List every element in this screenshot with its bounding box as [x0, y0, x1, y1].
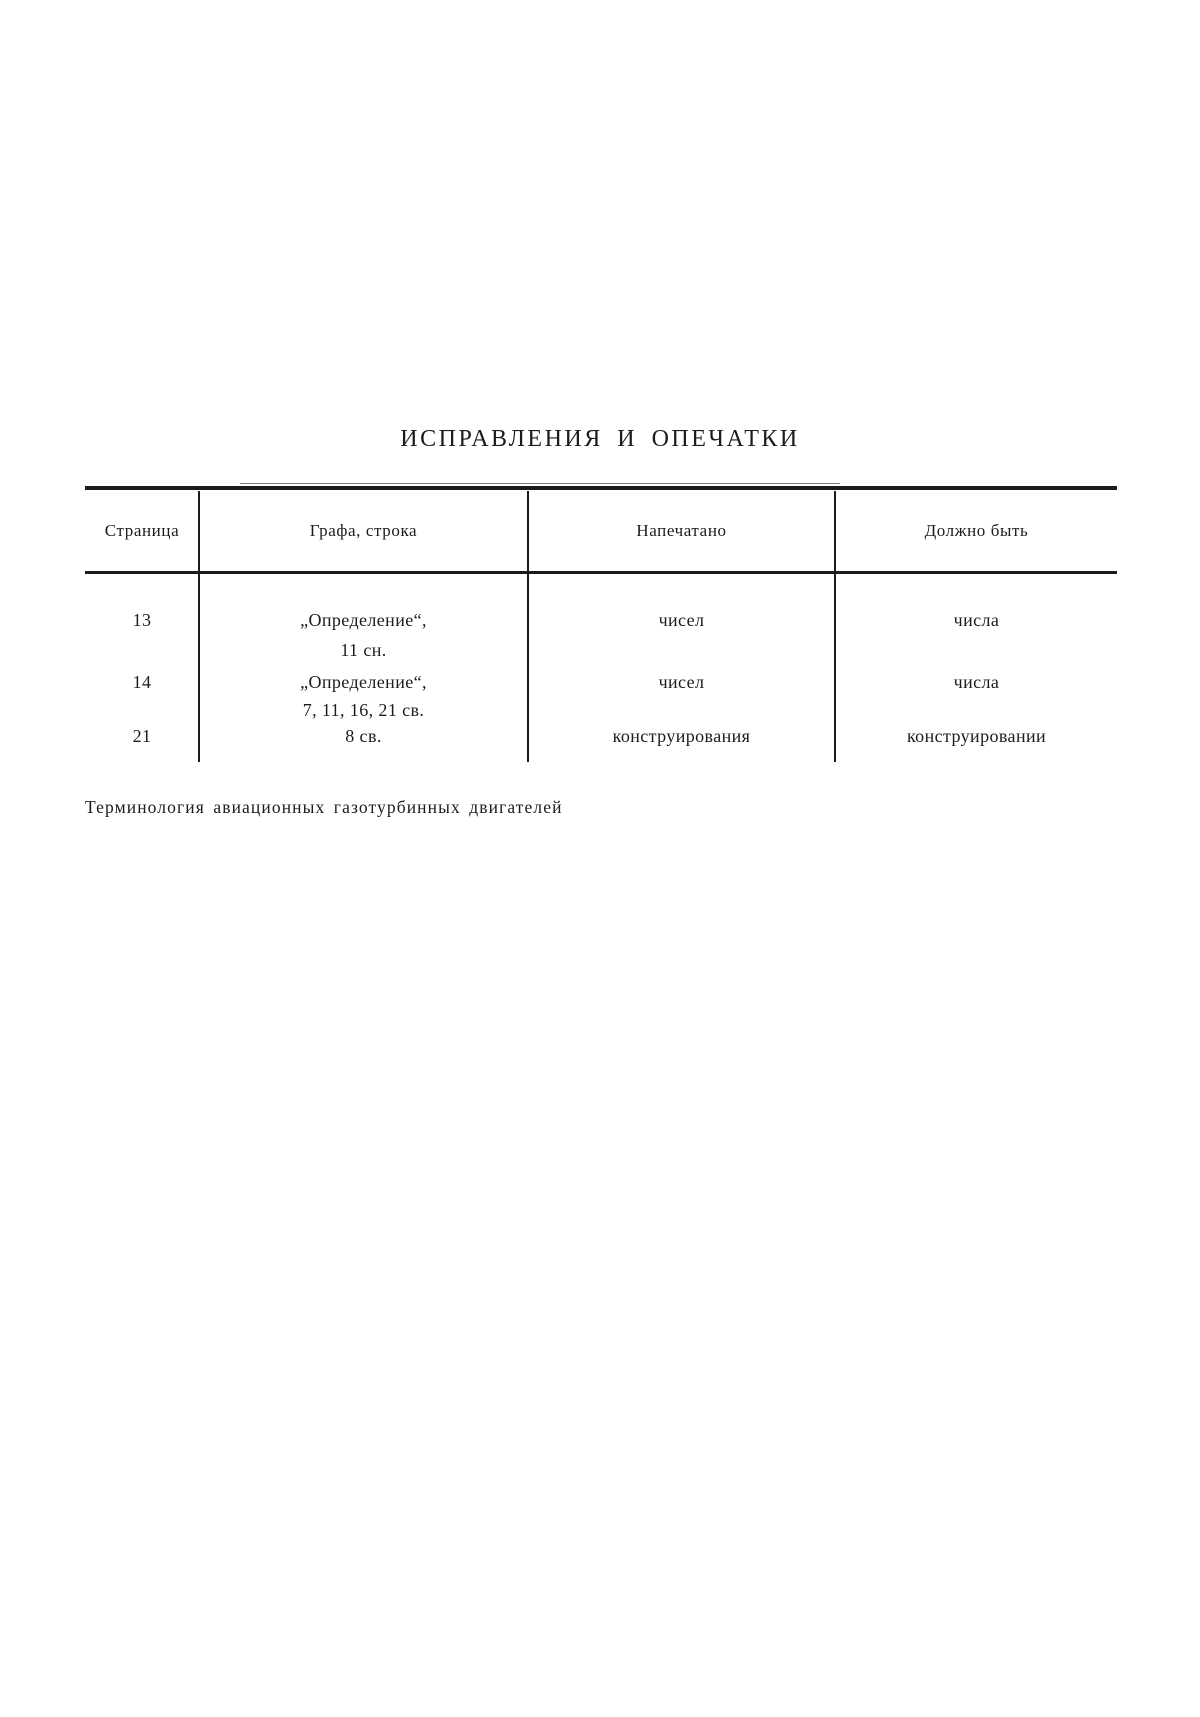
scanned-document-page: { "page": { "title": "ИСПРАВЛЕНИЯ И ОПЕЧ… [0, 0, 1200, 1717]
table-row-1-should-be: числа [836, 610, 1117, 631]
table-header-rule [85, 571, 1117, 574]
table-row-2-printed: чисел [529, 672, 834, 693]
table-row-3-page: 21 [86, 726, 198, 747]
column-header-page: Страница [86, 521, 198, 541]
table-row-2-should-be: числа [836, 672, 1117, 693]
table-row-2-page: 14 [86, 672, 198, 693]
column-header-location: Графа, строка [200, 521, 527, 541]
table-row-1-printed: чисел [529, 610, 834, 631]
table-row-1-location-line-2: 11 сн. [200, 640, 527, 661]
column-header-printed: Напечатано [529, 521, 834, 541]
column-header-should-be: Должно быть [836, 521, 1117, 541]
table-row-2-location-line-1: „Определение“, [200, 672, 527, 693]
table-row-3-should-be: конструировании [836, 726, 1117, 747]
table-row-3-location-line-1: 8 св. [200, 726, 527, 747]
table-row-1-page: 13 [86, 610, 198, 631]
table-top-rule [85, 486, 1117, 490]
page-title: ИСПРАВЛЕНИЯ И ОПЕЧАТКИ [0, 426, 1200, 453]
footer-note: Терминология авиационных газотурбинных д… [85, 797, 563, 818]
table-top-rule-echo [240, 483, 840, 484]
table-row-1-location-line-1: „Определение“, [200, 610, 527, 631]
table-row-3-printed: конструирования [529, 726, 834, 747]
table-row-2-location-line-2: 7, 11, 16, 21 св. [200, 700, 527, 721]
